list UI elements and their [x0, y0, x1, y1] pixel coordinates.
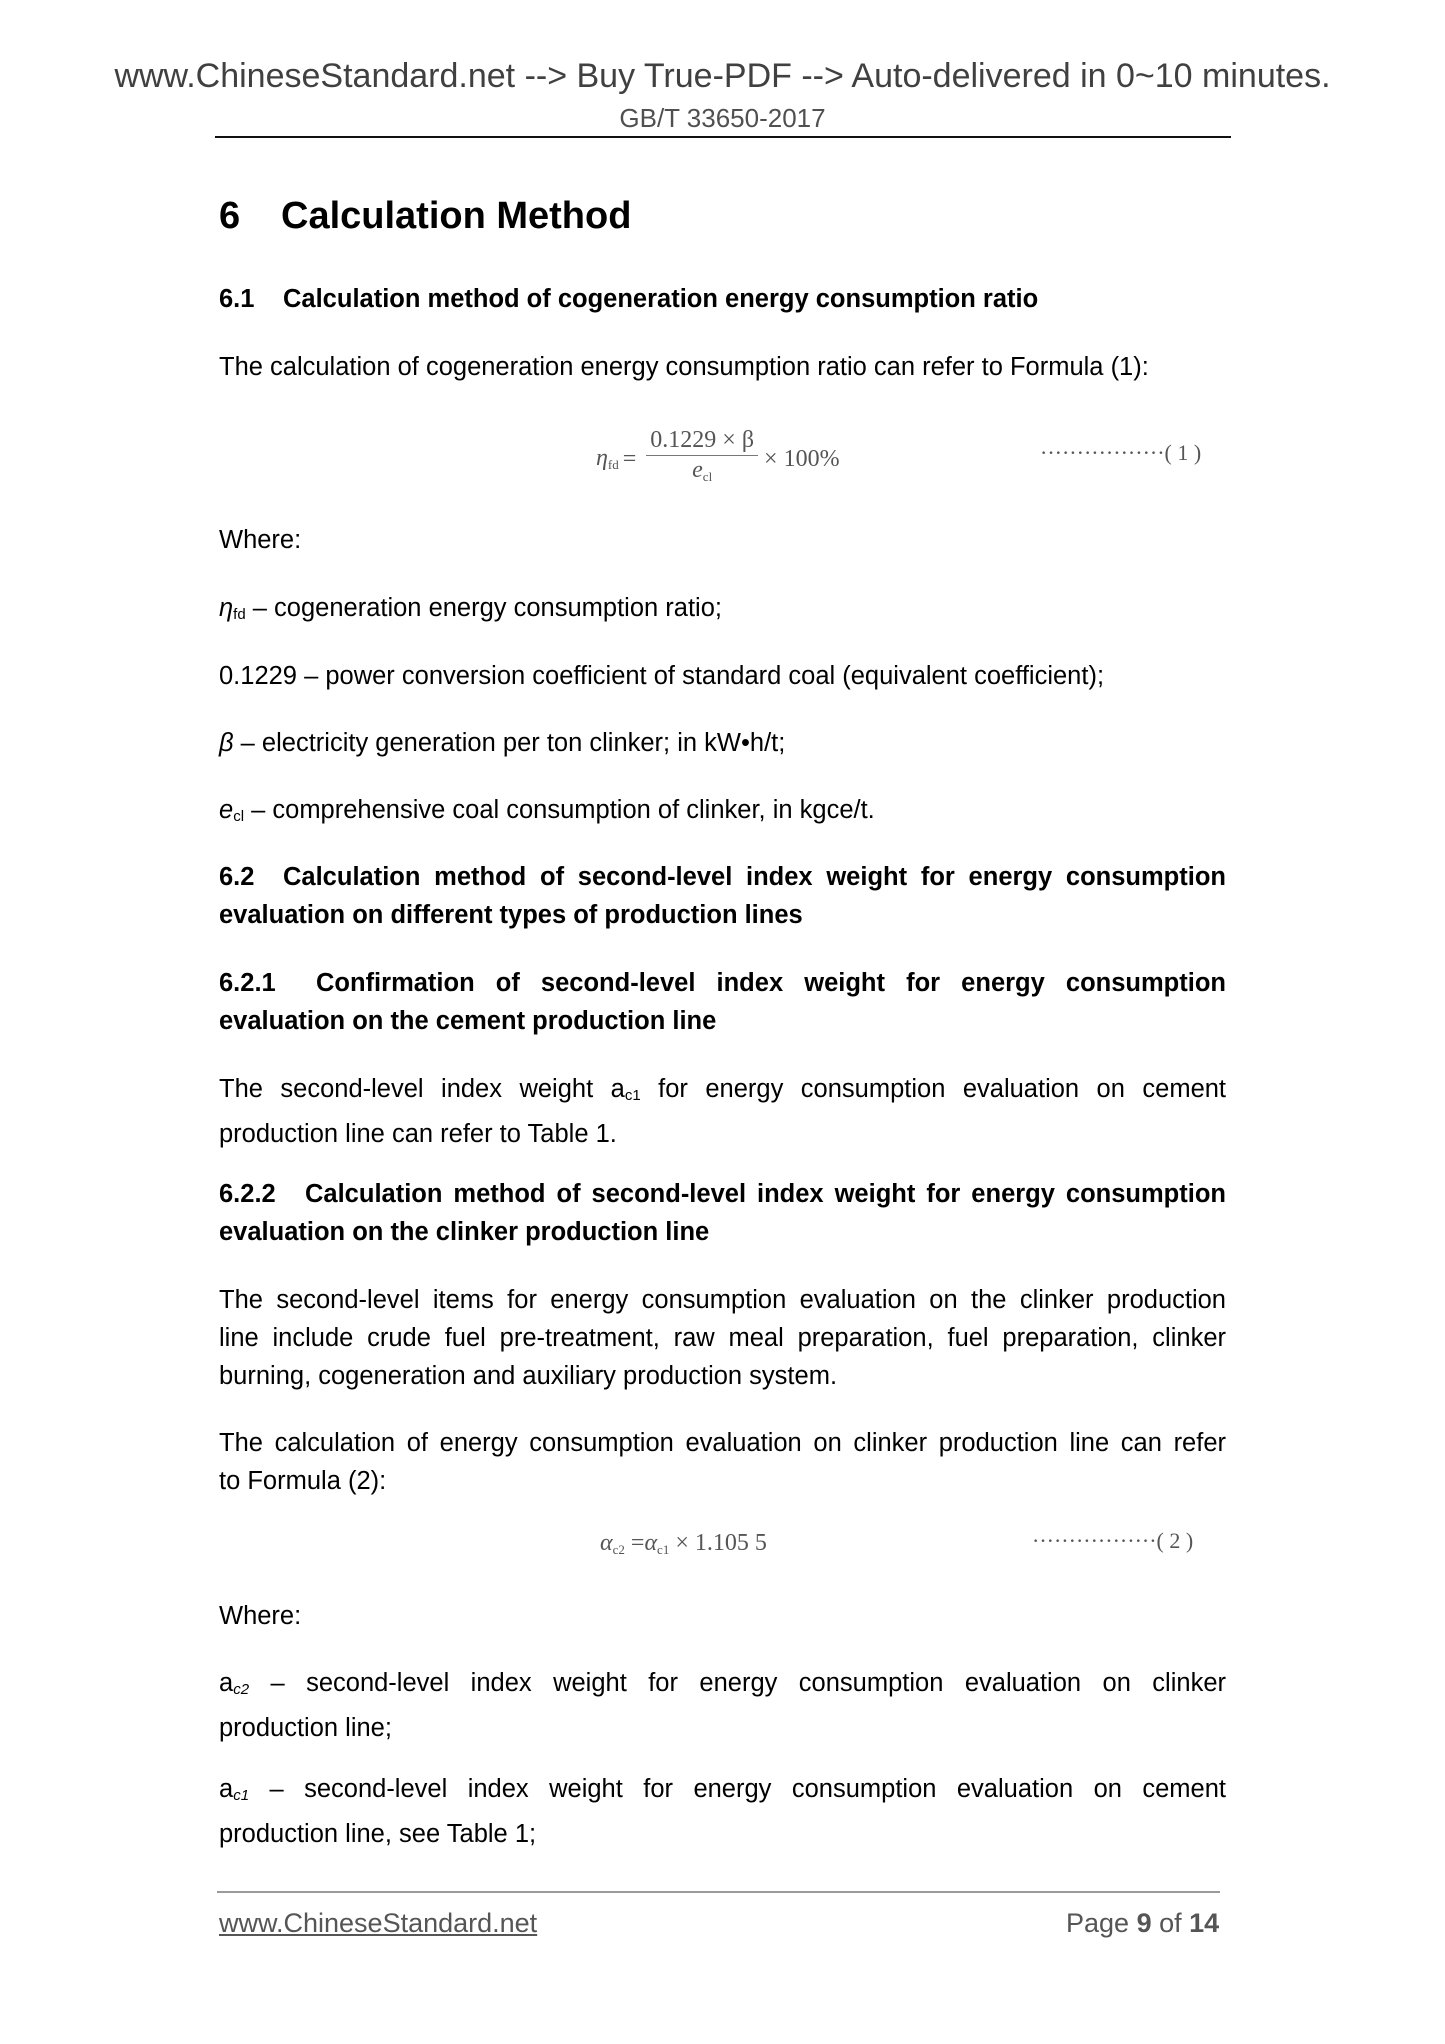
standard-number: GB/T 33650-2017: [0, 103, 1445, 133]
section-6-2-2-formula-intro: The calculation of energy consumption ev…: [219, 1424, 1226, 1500]
formula-equals: =: [623, 446, 637, 473]
section-6-1-heading: 6.1Calculation method of cogeneration en…: [219, 280, 1226, 318]
header-banner: www.ChineseStandard.net --> Buy True-PDF…: [0, 56, 1445, 96]
formula-1-label: ·················( 1 ): [1040, 440, 1201, 466]
header-divider: [215, 136, 1231, 138]
definition-eta-fd: ηfd – cogeneration energy consumption ra…: [219, 589, 1226, 634]
formula-suffix: × 100%: [764, 446, 840, 473]
section-6-2-2-heading: 6.2.2Calculation method of second-level …: [219, 1175, 1226, 1251]
formula-2: αc2 =αc1 × 1.105 5: [600, 1526, 767, 1567]
section-title: Calculation Method: [281, 195, 631, 237]
where-label-2: Where:: [219, 1597, 1226, 1635]
section-number: 6.1: [219, 280, 283, 318]
definition-a-c1: ac1 – second-level index weight for ener…: [219, 1770, 1226, 1853]
formula-numerator: 0.1229 × β: [646, 427, 758, 456]
total-pages: 14: [1189, 1908, 1219, 1938]
definition-beta: β – electricity generation per ton clink…: [219, 724, 1226, 762]
formula-lhs: ηfd: [596, 445, 619, 473]
formula-2-label: ·················( 2 ): [1032, 1528, 1193, 1554]
section-6-2-2-items-paragraph: The second-level items for energy consum…: [219, 1281, 1226, 1395]
definition-coefficient: 0.1229 – power conversion coefficient of…: [219, 657, 1226, 695]
current-page: 9: [1137, 1908, 1152, 1938]
formula-denominator: ecl: [692, 456, 712, 491]
page-indicator: Page 9 of 14: [1066, 1906, 1219, 1940]
section-title: Calculation method of cogeneration energ…: [283, 285, 1038, 313]
section-6-1-intro: The calculation of cogeneration energy c…: [219, 348, 1226, 386]
section-6-2-1-paragraph: The second-level index weight ac1 for en…: [219, 1070, 1226, 1153]
definition-a-c2: ac2 – second-level index weight for ener…: [219, 1664, 1226, 1747]
section-6-2-1-heading: 6.2.1Confirmation of second-level index …: [219, 964, 1226, 1040]
definition-e-cl: ecl – comprehensive coal consumption of …: [219, 791, 1226, 836]
footer-divider: [217, 1891, 1220, 1893]
footer-website-link[interactable]: www.ChineseStandard.net: [219, 1906, 537, 1940]
section-6-heading: 6Calculation Method: [219, 194, 1226, 238]
section-number: 6: [219, 194, 281, 238]
section-6-2-heading: 6.2Calculation method of second-level in…: [219, 858, 1226, 934]
where-label: Where:: [219, 521, 1226, 559]
formula-1: ηfd = 0.1229 × β ecl × 100%: [596, 424, 840, 494]
formula-fraction: 0.1229 × β ecl: [646, 427, 758, 491]
